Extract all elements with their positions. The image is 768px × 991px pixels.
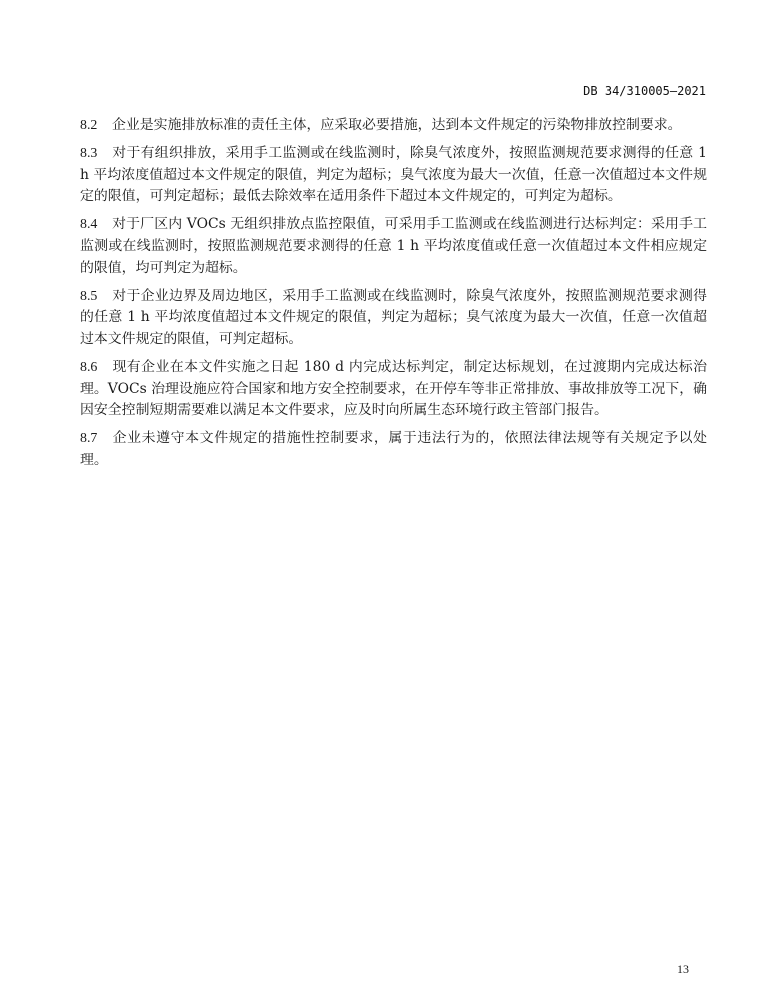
clause-text: 对于厂区内 VOCs 无组织排放点监控限值，可采用手工监测或在线监测进行达标判定…: [80, 216, 707, 275]
clause-8-2: 8.2企业是实施排放标准的责任主体，应采取必要措施，达到本文件规定的污染物排放控…: [80, 115, 707, 137]
clause-text: 现有企业在本文件实施之日起 180 d 内完成达标判定，制定达标规划，在过渡期内…: [80, 359, 707, 418]
clause-8-6: 8.6现有企业在本文件实施之日起 180 d 内完成达标判定，制定达标规划，在过…: [80, 357, 707, 422]
clause-text: 对于有组织排放，采用手工监测或在线监测时，除臭气浓度外，按照监测规范要求测得的任…: [80, 145, 707, 204]
standard-code-header: DB 34/310005—2021: [583, 84, 706, 98]
clause-text: 企业是实施排放标准的责任主体，应采取必要措施，达到本文件规定的污染物排放控制要求…: [112, 117, 682, 133]
clause-number: 8.7: [80, 428, 106, 450]
clause-8-5: 8.5对于企业边界及周边地区，采用手工监测或在线监测时，除臭气浓度外，按照监测规…: [80, 286, 707, 351]
clause-number: 8.2: [80, 115, 106, 137]
clause-text: 企业未遵守本文件规定的措施性控制要求，属于违法行为的，依照法律法规等有关规定予以…: [80, 430, 707, 468]
page-number: 13: [677, 962, 689, 977]
clause-8-3: 8.3对于有组织排放，采用手工监测或在线监测时，除臭气浓度外，按照监测规范要求测…: [80, 143, 707, 208]
clause-8-7: 8.7企业未遵守本文件规定的措施性控制要求，属于违法行为的，依照法律法规等有关规…: [80, 428, 707, 471]
document-body: 8.2企业是实施排放标准的责任主体，应采取必要措施，达到本文件规定的污染物排放控…: [80, 115, 707, 478]
clause-text: 对于企业边界及周边地区，采用手工监测或在线监测时，除臭气浓度外，按照监测规范要求…: [80, 288, 707, 347]
clause-number: 8.3: [80, 143, 106, 165]
clause-number: 8.5: [80, 286, 106, 308]
clause-number: 8.4: [80, 214, 106, 236]
clause-8-4: 8.4对于厂区内 VOCs 无组织排放点监控限值，可采用手工监测或在线监测进行达…: [80, 214, 707, 279]
clause-number: 8.6: [80, 357, 106, 379]
